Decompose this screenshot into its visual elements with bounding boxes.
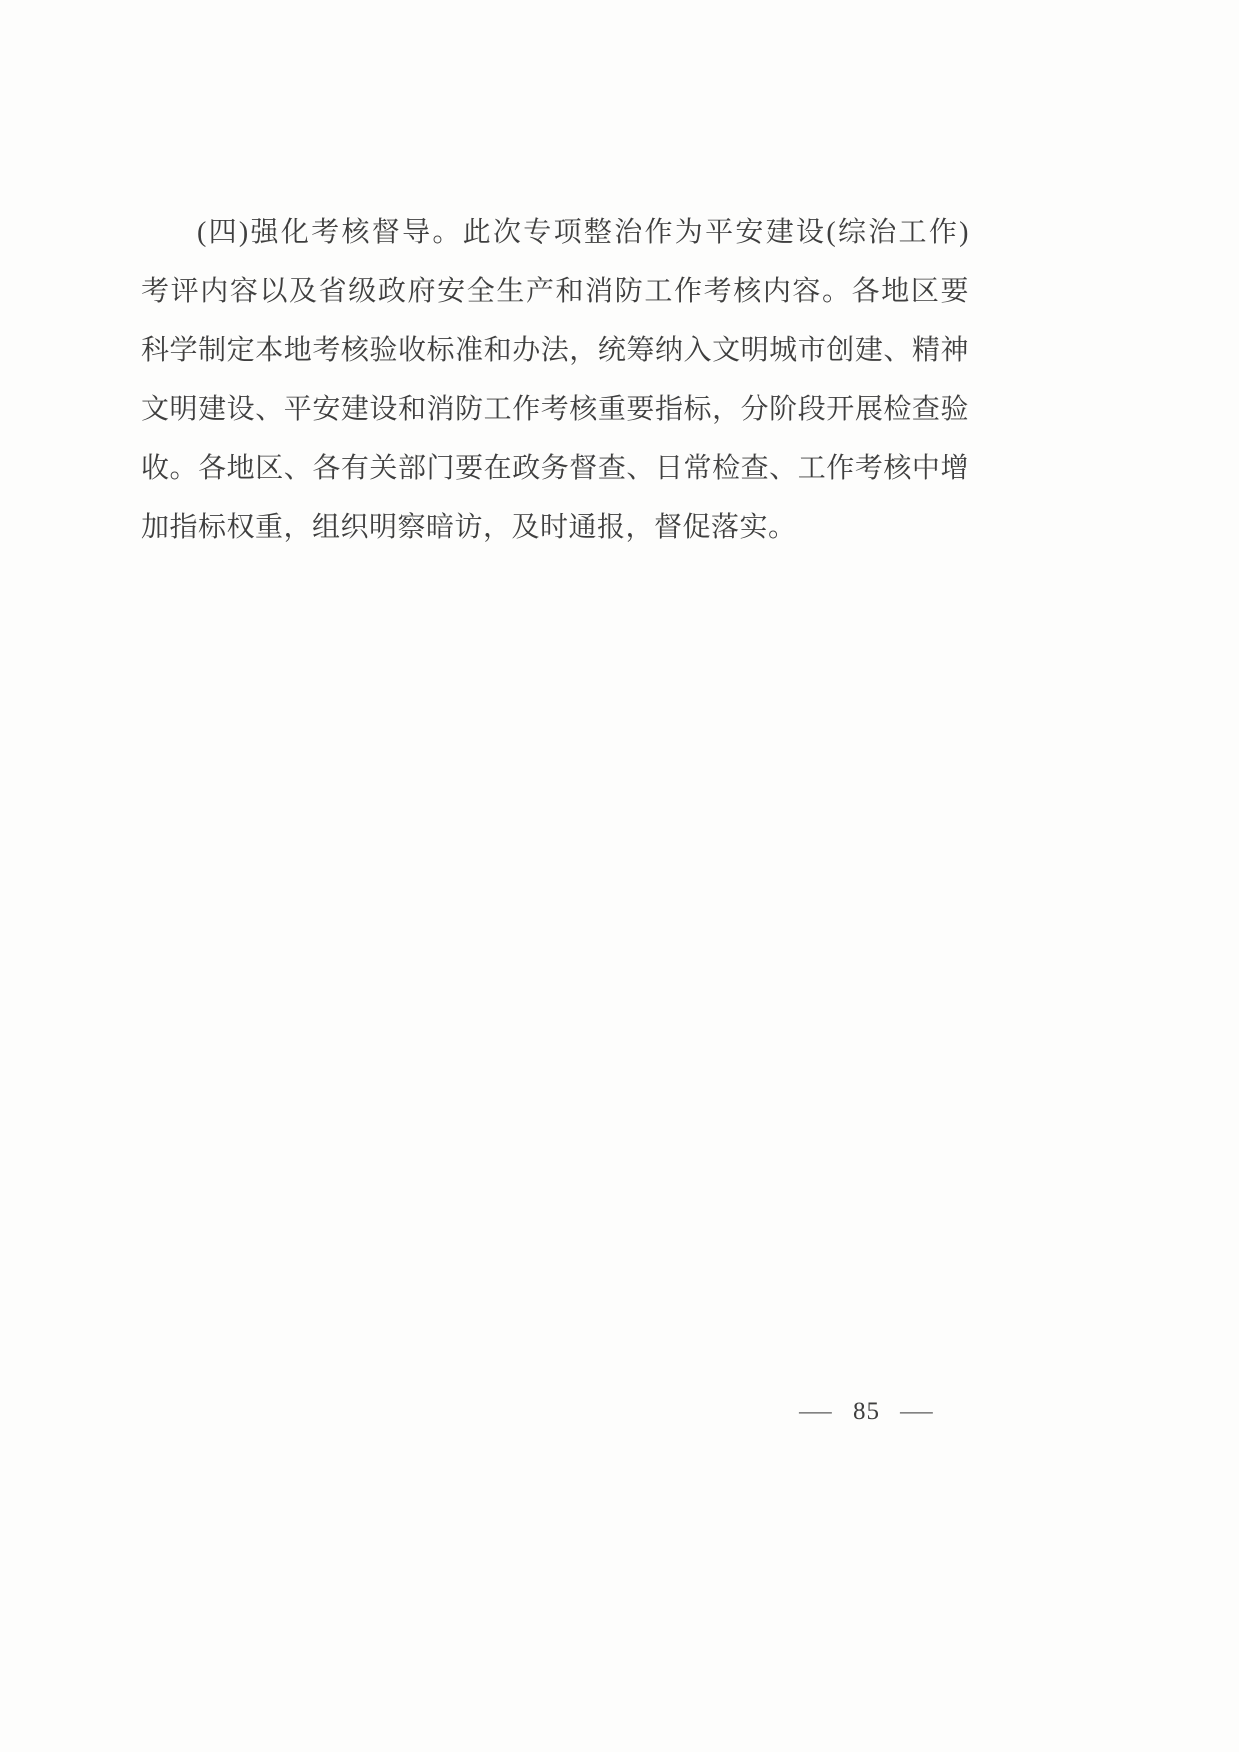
page-number: 85 — [853, 1398, 880, 1426]
document-page: (四)强化考核督导。此次专项整治作为平安建设(综治工作) 考评内容以及省级政府安… — [0, 0, 1239, 1752]
paragraph-line-6: 加指标权重，组织明察暗访，及时通报，督促落实。 — [141, 498, 969, 557]
paragraph-line-1: (四)强化考核督导。此次专项整治作为平安建设(综治工作) — [141, 203, 969, 262]
paragraph-line-4: 文明建设、平安建设和消防工作考核重要指标，分阶段开展检查验 — [141, 380, 969, 439]
footer-right-dash: — — [900, 1398, 934, 1426]
paragraph-line-2: 考评内容以及省级政府安全生产和消防工作考核内容。各地区要 — [141, 262, 969, 321]
paragraph: (四)强化考核督导。此次专项整治作为平安建设(综治工作) 考评内容以及省级政府安… — [141, 203, 969, 557]
page-footer: — 85 — — [803, 1398, 930, 1426]
footer-left-dash: — — [799, 1398, 833, 1426]
paragraph-line-5: 收。各地区、各有关部门要在政务督查、日常检查、工作考核中增 — [141, 439, 969, 498]
paragraph-line-3: 科学制定本地考核验收标准和办法，统筹纳入文明城市创建、精神 — [141, 321, 969, 380]
